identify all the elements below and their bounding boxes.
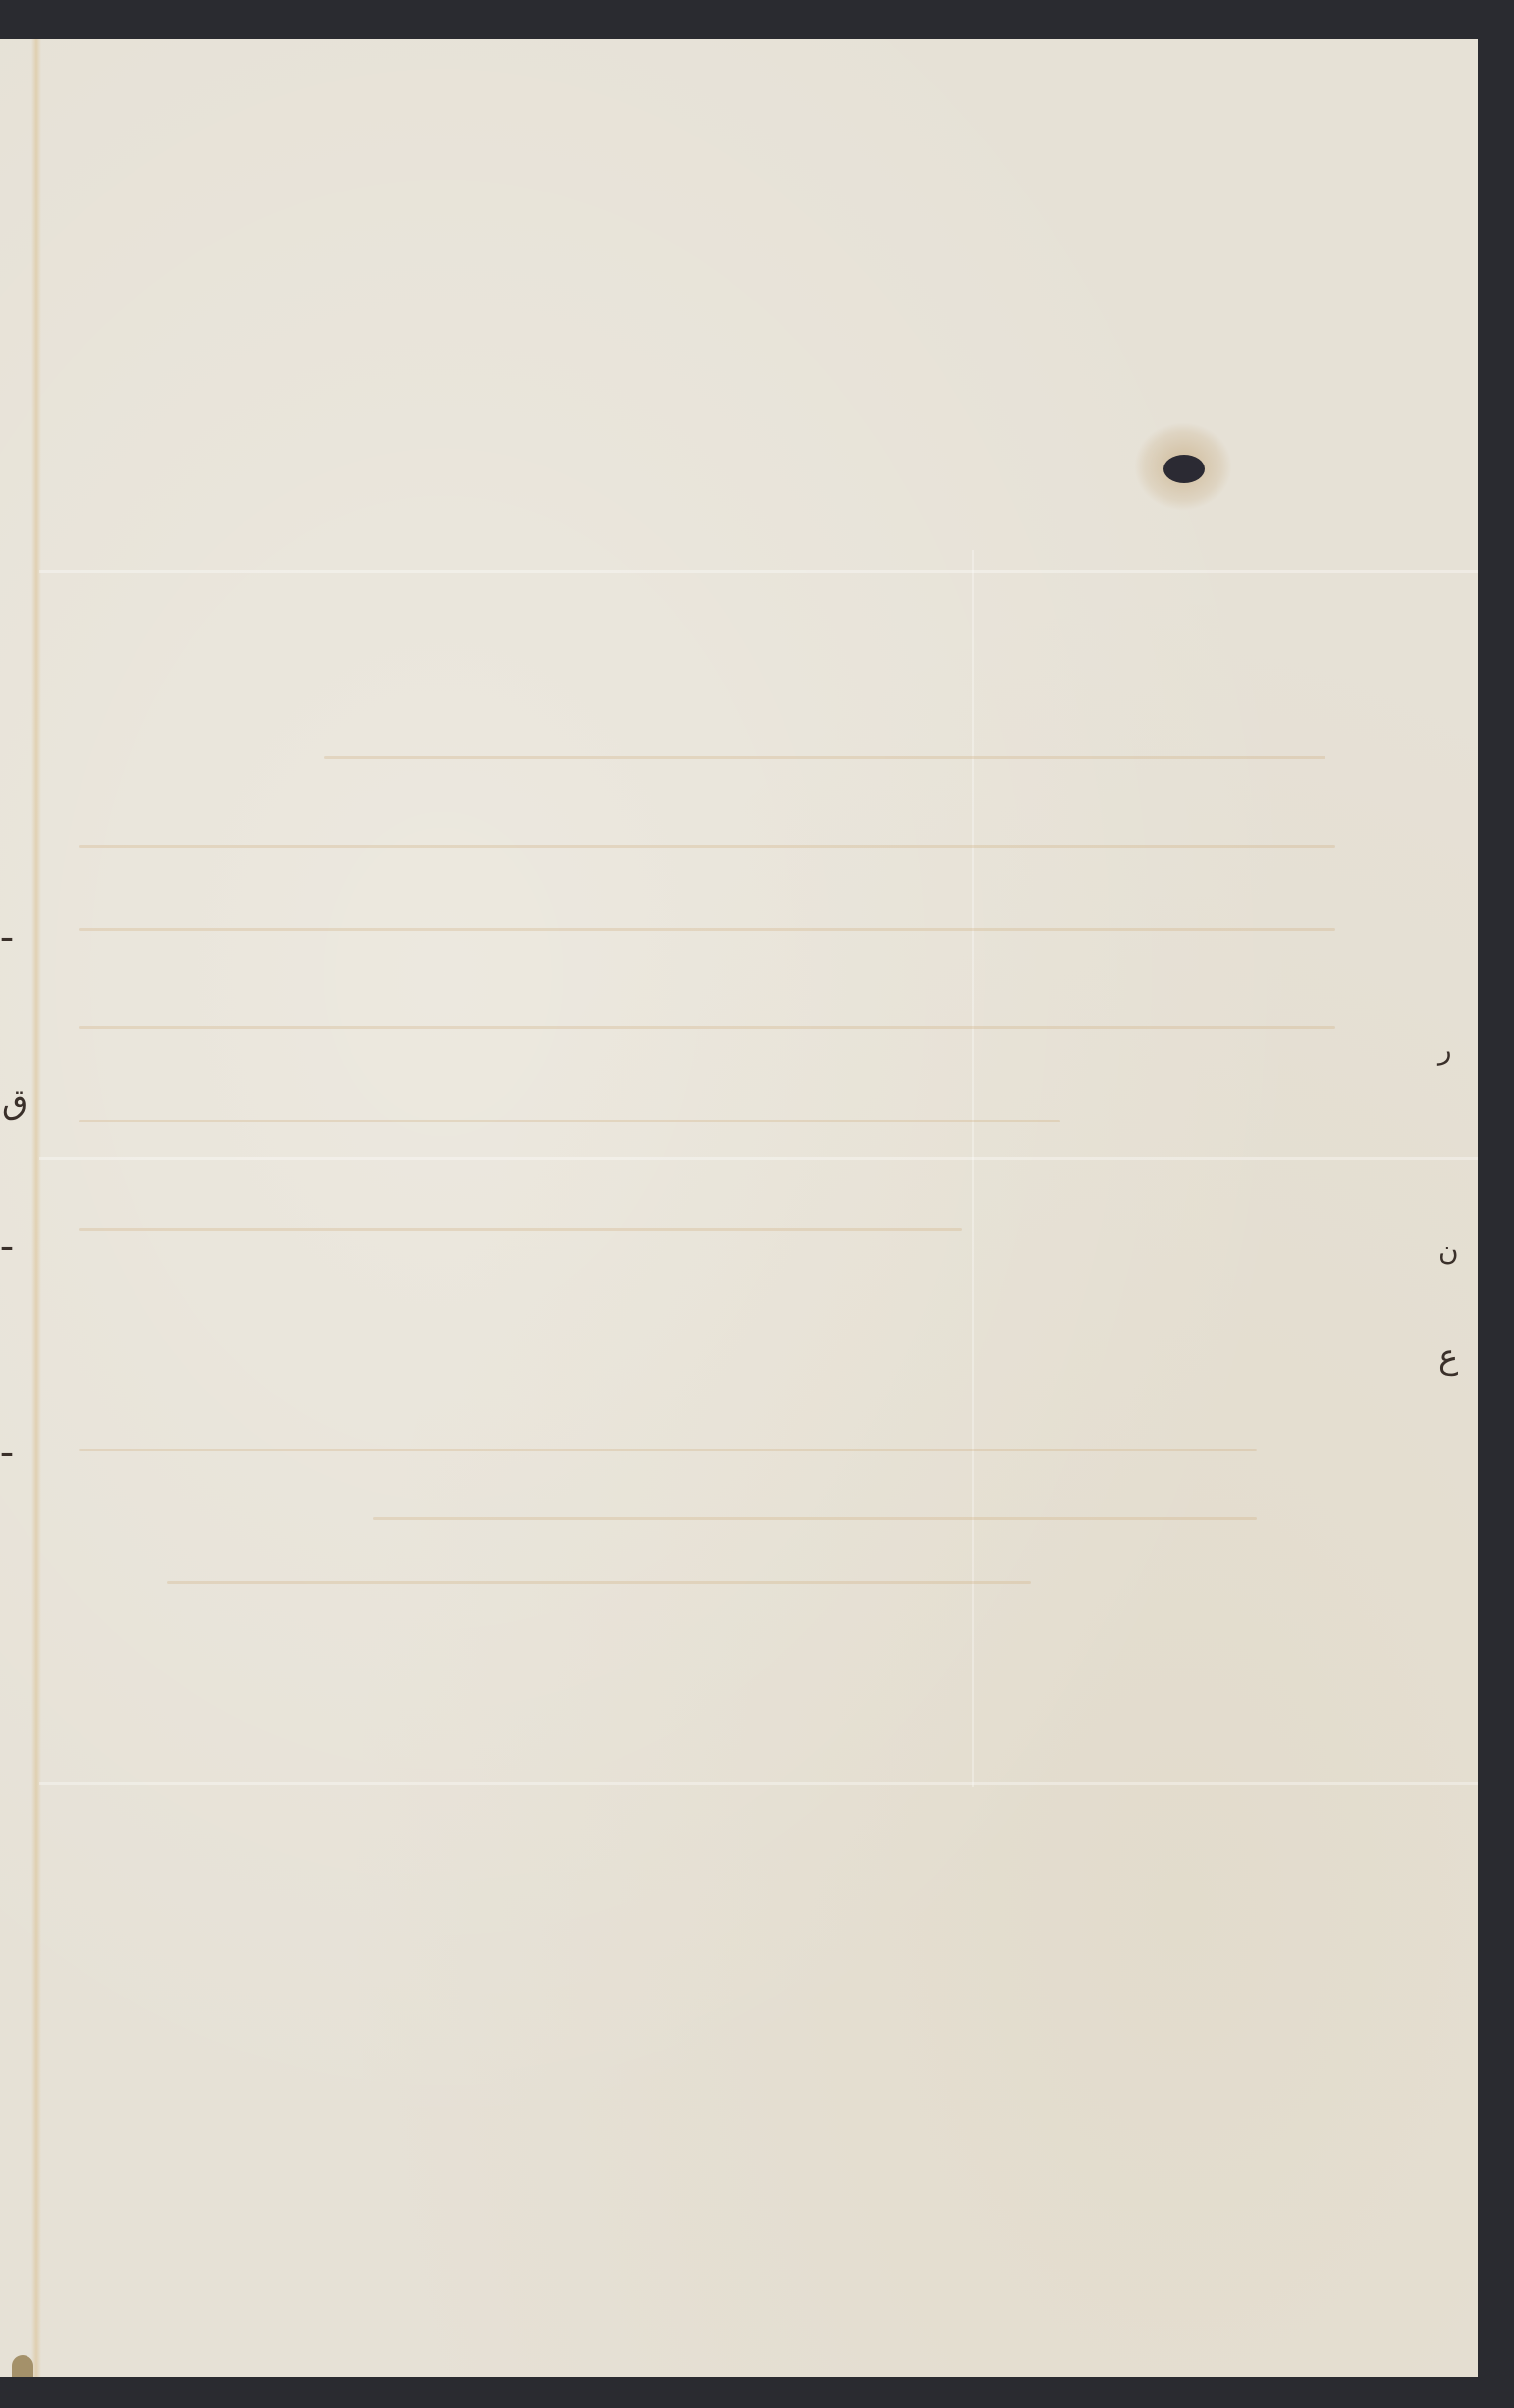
margin-mark: ر bbox=[1438, 1036, 1452, 1064]
fold-line bbox=[39, 1782, 1478, 1785]
bleed-through-line bbox=[79, 1026, 1335, 1029]
margin-mark: ع bbox=[1438, 1341, 1458, 1374]
bleed-through-line bbox=[79, 1228, 962, 1231]
bleed-through-line bbox=[79, 1449, 1257, 1451]
margin-mark: ـ bbox=[2, 1429, 12, 1462]
fold-line bbox=[39, 570, 1478, 573]
margin-mark: ن bbox=[1438, 1237, 1459, 1265]
bleed-through-line bbox=[79, 928, 1335, 931]
bleed-through-line bbox=[79, 1120, 1060, 1122]
margin-mark: ـ bbox=[2, 913, 12, 947]
ink-blot bbox=[1134, 422, 1232, 511]
fold-line bbox=[39, 1157, 1478, 1160]
fold-line-vertical bbox=[972, 550, 974, 1787]
corner-stain bbox=[12, 2355, 33, 2377]
margin-mark: ق bbox=[2, 1085, 27, 1119]
bleed-through-line bbox=[167, 1581, 1031, 1584]
margin-mark: ـ bbox=[2, 1223, 12, 1256]
bleed-through-line bbox=[79, 845, 1335, 848]
bleed-through-line bbox=[373, 1517, 1257, 1520]
document-page bbox=[0, 39, 1478, 2377]
page-gutter-stain bbox=[31, 39, 41, 2377]
bleed-through-line bbox=[324, 756, 1325, 759]
